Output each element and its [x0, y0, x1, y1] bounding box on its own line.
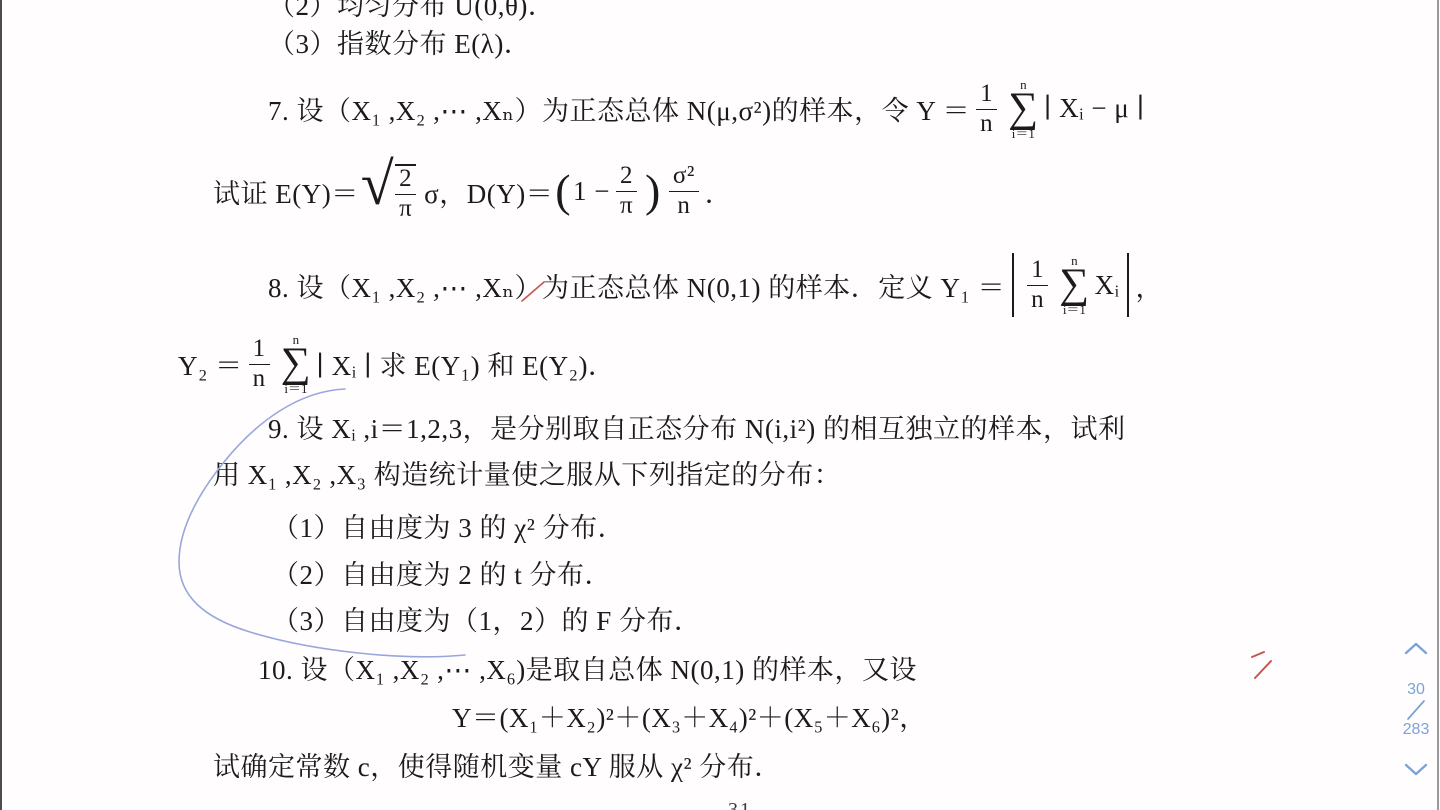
- problem-10-formula: Y＝(X₁＋X₂)²＋(X₃＋X₄)²＋(X₅＋X₆)²，: [452, 696, 927, 735]
- claim-middle: σ，D(Y)＝: [424, 172, 553, 211]
- comma: ，: [1136, 266, 1164, 305]
- problem-9-text: 9. 设 Xᵢ ,i＝1,2,3，是分别取自正态分布 N(i,i²) 的相互独立…: [268, 407, 1126, 446]
- problem-9-item-3: （3）自由度为（1，2）的 F 分布．: [272, 599, 702, 638]
- red-pen-dash: [1252, 652, 1264, 657]
- summation-symbol: n ∑ i＝1: [1059, 254, 1089, 316]
- problem-9-text-2: 用 X₁ ,X₂ ,X₃ 构造统计量使之服从下列指定的分布：: [213, 453, 841, 492]
- problem-7-abs-term: ∣ Xᵢ − μ ∣: [1044, 93, 1145, 124]
- one-minus: 1 −: [573, 176, 610, 207]
- printed-page-number: 31: [728, 799, 752, 810]
- abs-bar-left: [1012, 253, 1014, 317]
- fraction-1-over-n: 1 n: [1027, 257, 1048, 314]
- problem-10-text: 10. 设（X₁ ,X₂ ,⋯ ,X₆)是取自总体 N(0,1) 的样本，又设: [258, 648, 917, 687]
- page-navigation[interactable]: 30 283: [1394, 640, 1438, 790]
- chevron-down-icon[interactable]: [1403, 762, 1429, 778]
- current-page-number[interactable]: 30: [1407, 682, 1425, 698]
- fraction-1-over-n: 1 n: [976, 81, 997, 138]
- item-uniform-distribution: （2）均匀分布 U(0,θ)．: [268, 0, 555, 23]
- right-paren: ): [645, 173, 661, 210]
- y2-rest: ∣ Xᵢ ∣ 求 E(Y₁) 和 E(Y₂)．: [316, 344, 615, 383]
- text: （3）指数分布 E(λ)．: [268, 22, 531, 61]
- problem-9: 9. 设 Xᵢ ,i＝1,2,3，是分别取自正态分布 N(i,i²) 的相互独立…: [268, 407, 1126, 446]
- summation-symbol: n ∑ i＝1: [1008, 78, 1038, 140]
- problem-7: 7. 设（X₁ ,X₂ ,⋯ ,Xₙ）为正态总体 N(μ,σ²)的样本，令 Y …: [268, 78, 1145, 140]
- xi-term: Xᵢ: [1095, 270, 1120, 301]
- problem-8-text: 8. 设（X₁ ,X₂ ,⋯ ,Xₙ）为正态总体 N(0,1) 的样本．定义 Y…: [268, 266, 1005, 305]
- text: （2）均匀分布 U(0,θ)．: [268, 0, 555, 23]
- problem-9-item-1: （1）自由度为 3 的 χ² 分布．: [272, 506, 625, 545]
- red-pen-slash: [1255, 661, 1271, 678]
- fraction-sigma2-over-n: σ² n: [669, 163, 699, 220]
- item-chi-square: （1）自由度为 3 的 χ² 分布．: [272, 506, 625, 545]
- y2-prefix: Y₂ ＝: [178, 344, 243, 383]
- problem-8-y2: Y₂ ＝ 1 n n ∑ i＝1 ∣ Xᵢ ∣ 求 E(Y₁) 和 E(Y₂)．: [178, 333, 616, 395]
- item-f-distribution: （3）自由度为（1，2）的 F 分布．: [272, 599, 702, 638]
- fraction-2-over-pi-2: 2 π: [616, 163, 637, 220]
- document-page: （2）均匀分布 U(0,θ)． （3）指数分布 E(λ)． 7. 设（X₁ ,X…: [0, 0, 1440, 810]
- problem-9-continued: 用 X₁ ,X₂ ,X₃ 构造统计量使之服从下列指定的分布：: [213, 453, 841, 492]
- item-t-distribution: （2）自由度为 2 的 t 分布．: [272, 553, 612, 592]
- y-definition: Y＝(X₁＋X₂)²＋(X₃＋X₄)²＋(X₅＋X₆)²，: [452, 696, 927, 735]
- page-left-border: [0, 0, 2, 810]
- problem-7-claim: 试证 E(Y)＝ √ 2 π σ，D(Y)＝ ( 1 − 2 π ) σ² n …: [213, 160, 732, 223]
- fraction-1-over-n: 1 n: [249, 336, 270, 393]
- abs-bar-right: [1127, 253, 1129, 317]
- problem-7-text: 7. 设（X₁ ,X₂ ,⋯ ,Xₙ）为正态总体 N(μ,σ²)的样本，令 Y …: [268, 89, 970, 128]
- page-slash-icon: [1404, 699, 1428, 721]
- problem-10: 10. 设（X₁ ,X₂ ,⋯ ,X₆)是取自总体 N(0,1) 的样本，又设: [258, 648, 917, 687]
- summation-symbol: n ∑ i＝1: [281, 333, 311, 395]
- total-page-count: 283: [1403, 722, 1430, 738]
- problem-9-item-2: （2）自由度为 2 的 t 分布．: [272, 553, 612, 592]
- sqrt-expression: √ 2 π: [361, 160, 422, 223]
- left-paren: (: [555, 173, 571, 210]
- determine-constant-text: 试确定常数 c，使得随机变量 cY 服从 χ² 分布．: [213, 745, 782, 784]
- problem-8: 8. 设（X₁ ,X₂ ,⋯ ,Xₙ）为正态总体 N(0,1) 的样本．定义 Y…: [268, 253, 1163, 317]
- chevron-up-icon[interactable]: [1403, 640, 1429, 656]
- period: ．: [705, 172, 733, 211]
- problem-10-question: 试确定常数 c，使得随机变量 cY 服从 χ² 分布．: [213, 745, 782, 784]
- claim-prefix: 试证 E(Y)＝: [213, 172, 359, 211]
- radical-sign: √: [361, 160, 394, 208]
- item-exponential-distribution: （3）指数分布 E(λ)．: [268, 22, 531, 61]
- fraction-2-over-pi: 2 π: [395, 164, 416, 223]
